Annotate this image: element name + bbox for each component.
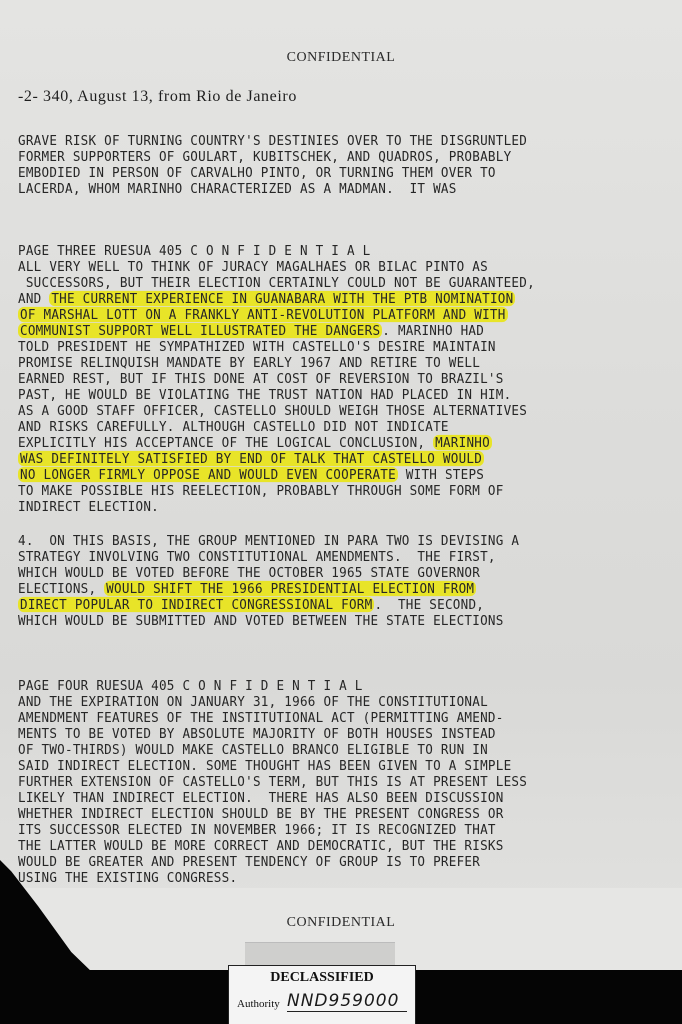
text-line: ITS SUCCESSOR ELECTED IN NOVEMBER 1966; … xyxy=(18,822,496,838)
text-line: THE LATTER WOULD BE MORE CORRECT AND DEM… xyxy=(18,838,504,854)
highlighted-text: WAS DEFINITELY SATISFIED BY END OF TALK … xyxy=(18,451,484,466)
declassified-stamp: DECLASSIFIED Authority NND959000 xyxy=(228,965,416,1024)
reference-line: -2- 340, August 13, from Rio de Janeiro xyxy=(18,88,297,106)
text-line: DIRECT POPULAR TO INDIRECT CONGRESSIONAL… xyxy=(18,597,484,613)
text-line: EMBODIED IN PERSON OF CARVALHO PINTO, OR… xyxy=(18,165,496,181)
text-line: GRAVE RISK OF TURNING COUNTRY'S DESTINIE… xyxy=(18,133,527,149)
text-line: WHICH WOULD BE SUBMITTED AND VOTED BETWE… xyxy=(18,613,504,629)
text-line: AND THE CURRENT EXPERIENCE IN GUANABARA … xyxy=(18,291,515,307)
text-line: AS A GOOD STAFF OFFICER, CASTELLO SHOULD… xyxy=(18,403,527,419)
text-line: FORMER SUPPORTERS OF GOULART, KUBITSCHEK… xyxy=(18,149,511,165)
text-line: TO MAKE POSSIBLE HIS REELECTION, PROBABL… xyxy=(18,483,504,499)
text-line: NO LONGER FIRMLY OPPOSE AND WOULD EVEN C… xyxy=(18,467,484,483)
text-line: SUCCESSORS, BUT THEIR ELECTION CERTAINLY… xyxy=(18,275,535,291)
highlighted-text: DIRECT POPULAR TO INDIRECT CONGRESSIONAL… xyxy=(18,597,374,612)
text-line: ELECTIONS, WOULD SHIFT THE 1966 PRESIDEN… xyxy=(18,581,476,597)
text-line: TOLD PRESIDENT HE SYMPATHIZED WITH CASTE… xyxy=(18,339,496,355)
text-line: AMENDMENT FEATURES OF THE INSTITUTIONAL … xyxy=(18,710,504,726)
text-line: OF TWO-THIRDS) WOULD MAKE CASTELLO BRANC… xyxy=(18,742,488,758)
text-line: ALL VERY WELL TO THINK OF JURACY MAGALHA… xyxy=(18,259,488,275)
page-three-header: PAGE THREE RUESUA 405 C O N F I D E N T … xyxy=(18,243,370,259)
footer-classification-marking: CONFIDENTIAL xyxy=(0,915,682,931)
highlighted-text: MARINHO xyxy=(433,435,492,450)
text-line: INDIRECT ELECTION. xyxy=(18,499,159,515)
text-line: EXPLICITLY HIS ACCEPTANCE OF THE LOGICAL… xyxy=(18,435,492,451)
highlighted-text: NO LONGER FIRMLY OPPOSE AND WOULD EVEN C… xyxy=(18,467,398,482)
text-line: 4. ON THIS BASIS, THE GROUP MENTIONED IN… xyxy=(18,533,519,549)
text-line: STRATEGY INVOLVING TWO CONSTITUTIONAL AM… xyxy=(18,549,496,565)
text-line: PROMISE RELINQUISH MANDATE BY EARLY 1967… xyxy=(18,355,480,371)
text-line: COMMUNIST SUPPORT WELL ILLUSTRATED THE D… xyxy=(18,323,484,339)
text-line: LIKELY THAN INDIRECT ELECTION. THERE HAS… xyxy=(18,790,504,806)
text-line: MENTS TO BE VOTED BY ABSOLUTE MAJORITY O… xyxy=(18,726,496,742)
text-line: LACERDA, WHOM MARINHO CHARACTERIZED AS A… xyxy=(18,181,457,197)
stamp-authority-label: Authority xyxy=(237,998,280,1010)
text-line: FURTHER EXTENSION OF CASTELLO'S TERM, BU… xyxy=(18,774,527,790)
text-line: AND THE EXPIRATION ON JANUARY 31, 1966 O… xyxy=(18,694,488,710)
text-line: EARNED REST, BUT IF THIS DONE AT COST OF… xyxy=(18,371,504,387)
text-line: PAST, HE WOULD BE VIOLATING THE TRUST NA… xyxy=(18,387,511,403)
text-line: WAS DEFINITELY SATISFIED BY END OF TALK … xyxy=(18,451,484,467)
header-classification-marking: CONFIDENTIAL xyxy=(0,50,682,66)
text-line: OF MARSHAL LOTT ON A FRANKLY ANTI-REVOLU… xyxy=(18,307,508,323)
text-line: SAID INDIRECT ELECTION. SOME THOUGHT HAS… xyxy=(18,758,511,774)
stamp-authority-number: NND959000 xyxy=(287,991,407,1012)
tape-strip xyxy=(245,942,395,966)
text-line: AND RISKS CAREFULLY. ALTHOUGH CASTELLO D… xyxy=(18,419,449,435)
highlighted-text: COMMUNIST SUPPORT WELL ILLUSTRATED THE D… xyxy=(18,323,382,338)
stamp-title: DECLASSIFIED xyxy=(229,970,415,986)
highlighted-text: WOULD SHIFT THE 1966 PRESIDENTIAL ELECTI… xyxy=(104,581,476,596)
highlighted-text: OF MARSHAL LOTT ON A FRANKLY ANTI-REVOLU… xyxy=(18,307,508,322)
text-line: WHICH WOULD BE VOTED BEFORE THE OCTOBER … xyxy=(18,565,480,581)
page-four-header: PAGE FOUR RUESUA 405 C O N F I D E N T I… xyxy=(18,678,363,694)
highlighted-text: THE CURRENT EXPERIENCE IN GUANABARA WITH… xyxy=(49,291,515,306)
text-line: WHETHER INDIRECT ELECTION SHOULD BE BY T… xyxy=(18,806,504,822)
text-line: WOULD BE GREATER AND PRESENT TENDENCY OF… xyxy=(18,854,480,870)
text-line: USING THE EXISTING CONGRESS. xyxy=(18,870,237,886)
